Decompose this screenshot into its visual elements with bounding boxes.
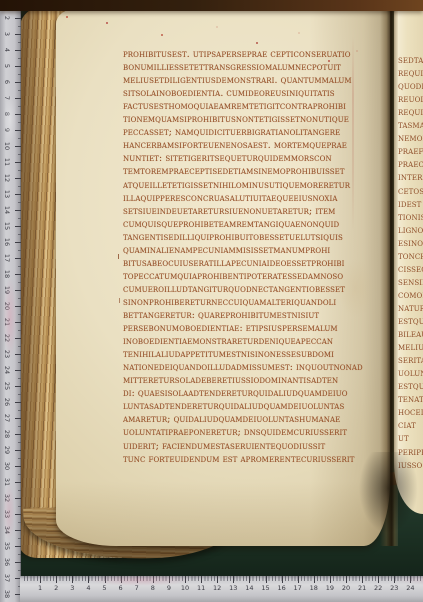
manuscript-line: factusesthomoquiaeamremtetigitcontraproh… (123, 101, 346, 114)
horizontal-ruler-number: 17 (294, 584, 302, 592)
vertical-ruler-number: 30 (3, 461, 11, 471)
manuscript-line: amaretur; quidaliudquamdeiuoluntashumana… (123, 414, 340, 427)
wood-table-top (0, 0, 423, 11)
vertical-ruler-number: 9 (3, 125, 11, 135)
manuscript-line: bitusabeocuiuseratillapecuniaideoessetpr… (123, 258, 344, 271)
vertical-ruler-number: 26 (3, 397, 11, 407)
horizontal-ruler-number: 2 (54, 584, 58, 592)
manuscript-line: setsiueindeuetaretursiuenonuetaretur; it… (123, 206, 335, 219)
vertical-ruler-number: 19 (3, 285, 11, 295)
vertical-ruler-number: 25 (3, 381, 11, 391)
vertical-ruler-number: 36 (3, 557, 11, 567)
manuscript-line: mitteretursoladeberetiussiodominantisadt… (123, 375, 338, 388)
facing-page-line: comor (398, 290, 423, 303)
vertical-ruler-number: 5 (3, 61, 11, 71)
vertical-ruler-number: 28 (3, 429, 11, 439)
manuscript-line: bonumilliessetettransgressiomalumnecpotu… (123, 62, 341, 75)
vertical-ruler-number: 37 (3, 573, 11, 583)
horizontal-ruler-number: 16 (277, 584, 285, 592)
horizontal-ruler-number: 10 (181, 584, 189, 592)
facing-page-line: tasmar (398, 120, 423, 133)
horizontal-ruler: 1 2 3 4 5 6 7 8 9 10 (20, 576, 423, 602)
facing-page-line: requid (398, 107, 423, 120)
manuscript-line: topeccatumquiaprohibentipoteratessedamno… (123, 271, 343, 284)
horizontal-ruler-number: 14 (245, 584, 253, 592)
facing-page-line: iusso (398, 460, 422, 473)
manuscript-line: luntasadtendereturquidaliudquamdeiuolunt… (123, 401, 344, 414)
manuscript-line: temtorempraeceptisedetiamsinemoprohibuis… (123, 166, 345, 179)
facing-page-line: quodd (398, 81, 423, 94)
manuscript-line: bettangeretur: quareprohibitumestnisiut (123, 310, 319, 323)
horizontal-ruler-number: 6 (119, 584, 123, 592)
vertical-ruler-number: 23 (3, 349, 11, 359)
manuscript-line: inoboedientiaemonstrareturdeniqueapeccan (123, 336, 333, 349)
manuscript-line: cumquisqueprohibeteamremtangiquaenonquid (123, 219, 339, 232)
horizontal-ruler-number: 9 (167, 584, 171, 592)
facing-page-line: nemod (398, 133, 423, 146)
facing-page-line: peripe (398, 447, 423, 460)
horizontal-ruler-number: 1 (38, 584, 42, 592)
horizontal-ruler-number: 20 (342, 584, 350, 592)
manuscript-line: quaminalienampecuniammisissetmanumprohi (123, 245, 330, 258)
manuscript-line: meliusetdiligentiusdemonstrari. quantumm… (123, 75, 352, 88)
facing-page-line: tenat (398, 394, 423, 407)
vertical-ruler-number: 16 (3, 237, 11, 247)
facing-page-line: reuolu (398, 94, 423, 107)
horizontal-ruler-number: 18 (310, 584, 318, 592)
vertical-ruler-number: 13 (3, 189, 11, 199)
facing-page-line: praece (398, 159, 423, 172)
horizontal-ruler-number: 19 (326, 584, 334, 592)
vertical-ruler-number: 29 (3, 445, 11, 455)
facing-page-line: estqu (398, 316, 423, 329)
manuscript-line: cumueroilludtangiturquodnectangentiobess… (123, 284, 345, 297)
facing-page: sedtacrequirquoddreuolurequidtasmarnemod… (394, 6, 423, 514)
vertical-ruler-ticks: 1 2 3 4 5 6 7 8 9 10 (0, 0, 21, 602)
manuscript-line: illaquipperesconcruasalutiuitaequeeiusno… (123, 193, 338, 206)
manuscript-photo: prohibitusest. utipsaperseprae cepticons… (0, 0, 423, 602)
manuscript-line: sitsolainoboedientia. cumideoreusiniquit… (123, 88, 335, 101)
manuscript-line: prohibitusest. utipsaperseprae cepticons… (123, 49, 351, 62)
vertical-ruler-number: 12 (3, 173, 11, 183)
manuscript-line: hancerbamsiforteuenenosaest. mortemquepr… (123, 140, 347, 153)
parchment-speckles (66, 16, 68, 18)
facing-page-line: cisseq (398, 264, 423, 277)
vertical-ruler-number: 11 (3, 157, 11, 167)
margin-ink-marks (118, 254, 119, 259)
vertical-ruler-number: 22 (3, 333, 11, 343)
manuscript-line: tangentisedilliquiprohibuitobessetueluts… (123, 232, 343, 245)
manuscript-line: tenihilaliudappetitumestnisinonessesubdo… (123, 349, 334, 362)
vertical-ruler-number: 3 (3, 29, 11, 39)
manuscript-line: uoluntatipraeponeretur; dnsquidemcuriuss… (123, 427, 347, 440)
facing-page-line: ciat (398, 420, 416, 433)
vertical-ruler-number: 4 (3, 45, 11, 55)
facing-page-line: uolunt (398, 368, 423, 381)
facing-page-line: intere (398, 172, 423, 185)
horizontal-ruler-number: 22 (374, 584, 382, 592)
horizontal-ruler-number: 21 (358, 584, 366, 592)
facing-page-line: melius (398, 342, 423, 355)
vertical-ruler-number: 2 (3, 13, 11, 23)
horizontal-ruler-number: 4 (86, 584, 90, 592)
manuscript-line: di: quaesisolaadtendereturquidaliudquamd… (123, 388, 348, 401)
vertical-ruler-number: 8 (3, 109, 11, 119)
vertical-ruler-number: 17 (3, 253, 11, 263)
facing-page-line: idest (398, 199, 421, 212)
manuscript-line: sinonprohibereturneccuiquamalteriquandol… (123, 297, 336, 310)
facing-page-line: ligno (398, 225, 423, 238)
manuscript-line: tunc forteuidendum est apromerentecurius… (123, 454, 355, 467)
vertical-ruler-number: 38 (3, 589, 11, 599)
horizontal-ruler-number: 15 (261, 584, 269, 592)
facing-page-line: estqu (398, 381, 423, 394)
facing-page-line: esino (398, 238, 423, 251)
vertical-ruler-number: 20 (3, 301, 11, 311)
manuscript-line: nuntiet: sitetigeritsequeturquidemmorsco… (123, 153, 332, 166)
vertical-ruler-number: 10 (3, 141, 11, 151)
facing-page-line: praefo (398, 146, 423, 159)
facing-page-line: bileau (398, 329, 423, 342)
facing-page-line: hocei (398, 407, 423, 420)
vertical-ruler-number: 24 (3, 365, 11, 375)
facing-page-line: requir (398, 68, 423, 81)
horizontal-ruler-number: 5 (102, 584, 106, 592)
facing-page-line: cetoso (398, 186, 423, 199)
horizontal-ruler-number: 24 (406, 584, 414, 592)
facing-page-line: tonch (398, 251, 423, 264)
vertical-ruler-number: 21 (3, 317, 11, 327)
horizontal-ruler-number: 23 (390, 584, 398, 592)
vertical-ruler-number: 33 (3, 509, 11, 519)
vertical-ruler-number: 15 (3, 221, 11, 231)
horizontal-ruler-number: 3 (70, 584, 74, 592)
vertical-ruler: 1 2 3 4 5 6 7 8 9 10 (0, 0, 21, 602)
text-block: prohibitusest. utipsaperseprae cepticons… (123, 49, 391, 473)
facing-page-line: natur (398, 303, 423, 316)
manuscript-line: uiderit; faciendumestaseruientequodiussi… (123, 441, 325, 454)
vertical-ruler-number: 27 (3, 413, 11, 423)
facing-page-line: ut (398, 433, 409, 446)
vertical-ruler-number: 7 (3, 93, 11, 103)
horizontal-ruler-ticks: 1 2 3 4 5 6 7 8 9 10 (20, 576, 423, 602)
vertical-ruler-number: 6 (3, 77, 11, 87)
vertical-ruler-number: 14 (3, 205, 11, 215)
horizontal-ruler-number: 12 (213, 584, 221, 592)
manuscript-line: nationedeiquandoilludadmissumest: inquou… (123, 362, 363, 375)
horizontal-ruler-number: 13 (229, 584, 237, 592)
facing-page-line: sensib (398, 277, 423, 290)
manuscript-line: tionemquamsiprohibitusnontetigissetnonut… (123, 114, 349, 127)
vertical-ruler-number: 32 (3, 493, 11, 503)
manuscript-line: atqueilletetigissetnihilominusutiquemore… (123, 180, 350, 193)
facing-page-text: sedtacrequirquoddreuolurequidtasmarnemod… (398, 55, 423, 485)
vertical-ruler-number: 34 (3, 525, 11, 535)
manuscript-line: persebonumoboedientiae: etipsiuspersemal… (123, 323, 338, 336)
horizontal-ruler-number: 8 (151, 584, 155, 592)
facing-page-line: sedtac (398, 55, 423, 68)
horizontal-ruler-number: 11 (197, 584, 205, 592)
vertical-ruler-number: 31 (3, 477, 11, 487)
horizontal-ruler-number: 7 (135, 584, 139, 592)
manuscript-line: peccasset; namquidicituerbigratianolitan… (123, 127, 340, 140)
facing-page-line: tionis (398, 212, 423, 225)
vertical-ruler-number: 18 (3, 269, 11, 279)
vertical-ruler-number: 35 (3, 541, 11, 551)
facing-page-line: serita (398, 355, 423, 368)
left-page: prohibitusest. utipsaperseprae cepticons… (56, 8, 390, 546)
